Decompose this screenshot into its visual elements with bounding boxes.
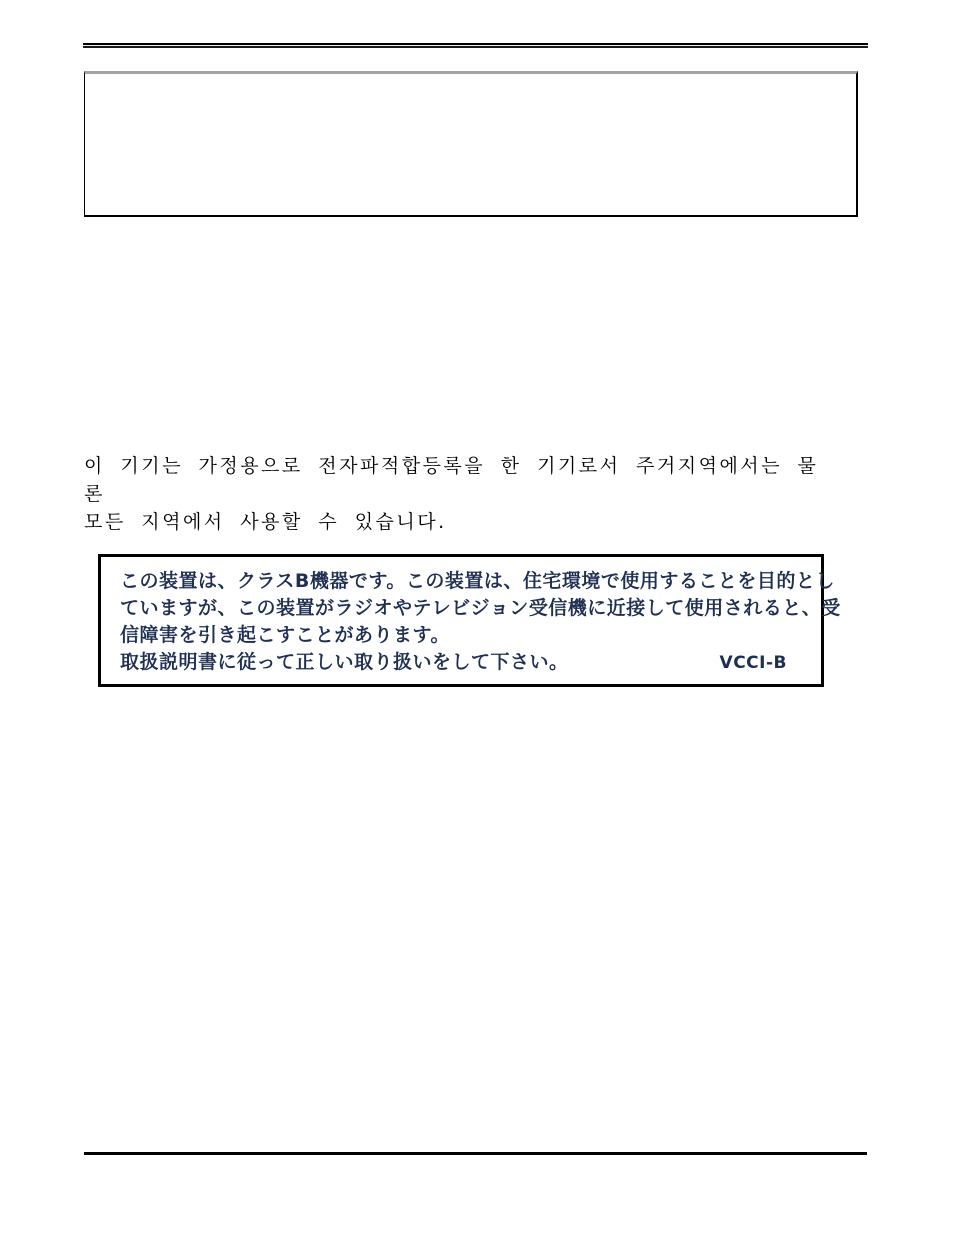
korean-emc-notice: 이 기기는 가정용으로 전자파적합등록을 한 기기로서 주거지역에서는 물론 모… [84,452,824,536]
top-horizontal-rule [83,43,868,48]
korean-notice-line-1: 이 기기는 가정용으로 전자파적합등록을 한 기기로서 주거지역에서는 물론 [84,452,824,508]
vcci-notice-line-4: 取扱説明書に従って正しい取り扱いをして下さい。 [120,649,569,676]
document-page: 이 기기는 가정용으로 전자파적합등록을 한 기기로서 주거지역에서는 물론 모… [0,0,954,1235]
empty-notice-box [84,71,858,217]
korean-notice-line-2: 모든 지역에서 사용할 수 있습니다. [84,508,824,536]
vcci-notice-line-3: 信障害を引き起こすことがあります。 [120,622,803,649]
vcci-class-label: VCCI-B [720,653,803,673]
bottom-horizontal-rule [84,1152,867,1155]
vcci-notice-line-1: この装置は、クラスB機器です。この装置は、住宅環境で使用することを目的とし [120,568,803,595]
vcci-notice-box: この装置は、クラスB機器です。この装置は、住宅環境で使用することを目的とし てい… [98,554,824,687]
vcci-notice-line-2: ていますが、この装置がラジオやテレビジョン受信機に近接して使用されると、受 [120,595,803,622]
